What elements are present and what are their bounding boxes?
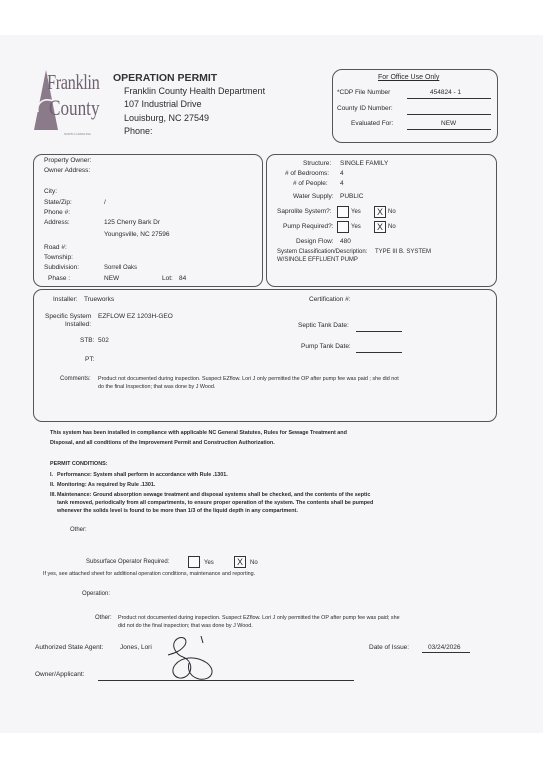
operation-label: Operation: [82,591,110,597]
people-value: 4 [340,180,344,187]
cdp-file-underline [407,98,491,99]
condition-2-num: II. [50,482,55,488]
specific-system-label: Specific System [45,313,91,320]
structure-value: SINGLE FAMILY [340,160,388,167]
property-box: Property Owner: Owner Address: City: Sta… [33,154,263,287]
other2-line1: Product not documented during inspection… [118,615,400,621]
lot-label: Lot: [162,275,173,282]
evaluated-for-underline [407,129,491,130]
signature-icon [163,633,233,683]
compliance-line2: Disposal, and all conditions of the Impr… [50,440,275,446]
lot-value: 84 [179,275,186,282]
design-flow-label: Design Flow: [296,238,334,245]
office-use-title: For Office Use Only [378,74,439,81]
county-id-underline [407,114,491,115]
structure-box: Structure: SINGLE FAMILY # of Bedrooms: … [266,154,497,287]
phase-value: NEW [104,275,119,282]
classification-value-2: W/SINGLE EFFLUENT PUMP [277,257,358,263]
comments-line2: do the final Inspection; that was done b… [98,384,215,390]
septic-tank-date-field[interactable] [356,331,402,332]
structure-label: Structure: [303,160,331,167]
compliance-line1: This system has been installed in compli… [50,430,347,436]
subsurface-no-checkbox[interactable]: X [234,556,246,568]
pt-label: PT: [85,356,94,363]
saprolite-yes-label: Yes [351,209,361,215]
department-address1: 107 Industrial Drive [124,99,202,109]
subdivision-value: Sorrell Oaks [104,265,137,271]
condition-3-text: Maintenance: Ground absorption sewage tr… [57,492,370,498]
pump-yes-checkbox[interactable] [337,221,349,233]
pump-tank-date-field[interactable] [356,352,402,353]
state-zip-label: State/Zip: [44,199,72,206]
date-of-issue-label: Date of Issue: [369,644,409,651]
people-label: # of People: [293,180,328,187]
agent-label: Authorized State Agent: [35,644,103,651]
condition-1-num: I. [50,472,53,478]
specific-system-value: EZFLOW EZ 1203H-GEO [98,313,173,320]
pump-tank-date-label: Pump Tank Date: [301,343,351,350]
cdp-file-label: *CDP File Number [337,89,390,96]
subsurface-yes-label: Yes [204,560,214,566]
permit-page: Franklin County NORTH CAROLINA OPERATION… [0,35,543,733]
condition-2-text: Monitoring: As required by Rule .1301. [57,482,155,488]
installer-box: Installer: Trueworks Certification #: Sp… [33,289,497,422]
phone-label: Phone #: [44,209,70,216]
date-of-issue-value: 03/24/2026 [428,644,461,651]
logo-sub: NORTH CAROLINA [64,132,91,136]
pump-no-label: No [388,224,396,230]
subsurface-note: If yes, see attached sheet for additiona… [43,571,255,577]
office-use-box: For Office Use Only *CDP File Number 454… [332,69,498,143]
evaluated-for-label: Evaluated For: [351,120,393,127]
subsurface-operator-label: Subsurface Operator Required: [86,559,169,565]
stb-label: STB: [80,337,94,344]
address-line1: 125 Cherry Bark Dr [104,219,160,226]
condition-3-num: III. [50,492,56,498]
phase-label: Phase : [48,275,70,282]
saprolite-no-checkbox[interactable]: X [374,206,386,218]
subsurface-yes-checkbox[interactable] [188,556,200,568]
water-supply-value: PUBLIC [340,193,363,200]
city-label: City: [44,188,57,195]
department-phone-label: Phone: [124,126,153,136]
address-line2: Youngsville, NC 27596 [104,231,170,238]
owner-address-label: Owner Address: [44,167,90,174]
pump-no-checkbox[interactable]: X [374,221,386,233]
county-id-label: County ID Number: [337,105,393,112]
subsurface-no-label: No [250,560,258,566]
condition-3-text-2: tank removed, periodically from all comp… [57,500,373,506]
pump-required-label: Pump Required?: [283,223,334,230]
saprolite-no-label: No [388,209,396,215]
property-owner-label: Property Owner: [44,157,91,164]
installer-value: Trueworks [84,296,114,303]
stb-value: 502 [98,337,109,344]
logo-line2: County [49,95,100,121]
classification-value: TYPE III B. SYSTEM [375,249,431,255]
logo-line1: Franklin [47,70,99,95]
installer-label: Installer: [53,296,78,303]
evaluated-for-value[interactable]: NEW [441,120,456,127]
certification-label: Certification #: [309,296,351,303]
classification-label: System Classification/Description: [277,249,367,255]
township-label: Township: [44,254,73,261]
other-label: Other: [70,527,87,533]
permit-conditions-heading: PERMIT CONDITIONS: [50,461,108,467]
road-label: Road #: [44,244,67,251]
condition-1-text: Performance: System shall perform in acc… [57,472,228,478]
other2-line2: did not do the final inspection; that wa… [118,623,253,629]
address-label: Address: [44,219,70,226]
pump-yes-label: Yes [351,224,361,230]
state-zip-value: / [104,199,106,206]
date-of-issue-underline [422,652,470,653]
bedrooms-value: 4 [340,170,344,177]
water-supply-label: Water Supply: [293,193,334,200]
other2-label: Other: [95,615,112,621]
owner-applicant-signature-field[interactable] [98,680,354,681]
specific-system-label-2: Installed: [65,321,91,328]
agent-value: Jones, Lori [120,644,152,651]
condition-3-text-3: whenever the solids level is found to be… [57,508,298,514]
department-name: Franklin County Health Department [124,86,265,96]
owner-applicant-label: Owner/Applicant: [35,671,85,678]
saprolite-yes-checkbox[interactable] [337,206,349,218]
design-flow-value: 480 [340,238,351,245]
cdp-file-value[interactable]: 454824 - 1 [430,89,461,96]
bedrooms-label: # of Bedrooms: [285,170,329,177]
septic-tank-date-label: Septic Tank Date: [298,322,349,329]
permit-title: OPERATION PERMIT [113,72,217,84]
department-address2: Louisburg, NC 27549 [124,113,209,123]
comments-label: Comments: [60,376,91,382]
subdivision-label: Subdivision: [44,264,79,271]
saprolite-label: Saprolite System?: [277,208,332,215]
comments-line1: Product not documented during inspection… [98,376,399,382]
franklin-county-logo: Franklin County NORTH CAROLINA [34,70,106,146]
